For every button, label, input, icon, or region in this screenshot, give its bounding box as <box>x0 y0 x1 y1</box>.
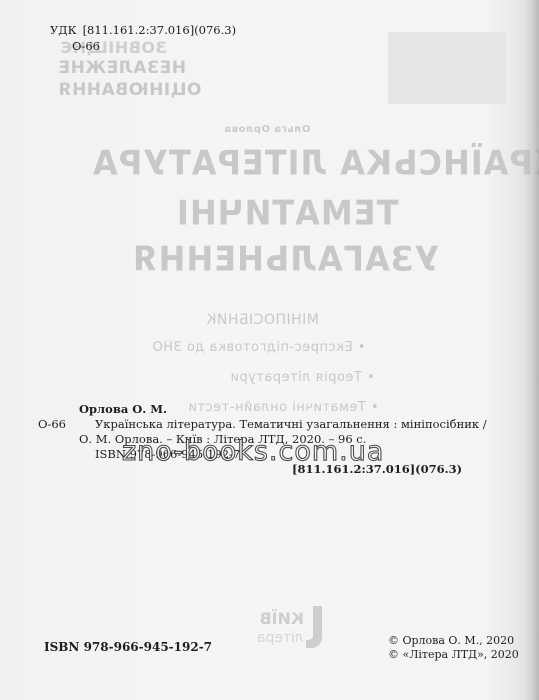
udc-label: УДК <box>50 23 77 37</box>
copyright-author: © Орлова О. М., 2020 <box>388 634 519 648</box>
ghost-title-line-1: УКРАЇНСЬКА ЛІТЕРАТУРА <box>92 143 539 183</box>
catalog-author: Орлова О. М. <box>79 402 167 417</box>
catalog-index: О-66 <box>38 417 66 432</box>
stamp-shadow <box>388 32 506 104</box>
ghost-zno-line-3: ОЦІНЮВАННЯ <box>58 80 201 100</box>
ghost-subtitle: МІНІПОСІБНИК <box>206 312 319 328</box>
ghost-title-line-2: ТЕМАТИЧНІ <box>176 193 398 233</box>
ghost-title-line-3: УЗАГАЛЬНЕННЯ <box>132 239 439 279</box>
svg-text:літера: літера <box>257 630 304 646</box>
isbn-footer: ISBN 978-966-945-192-7 <box>44 640 212 654</box>
ghost-bullet-1: • Експрес-підготовка до ЗНО <box>152 340 366 355</box>
udc-author-mark: О-66 <box>50 38 236 54</box>
svg-text:КИЇВ: КИЇВ <box>259 609 304 628</box>
udc-code: [811.161.2:37.016](076.3) <box>83 23 237 37</box>
catalog-title-line: Українська література. Тематичні узагаль… <box>95 417 487 432</box>
book-page: ЗОВНІЩНЄ НЕЗАЛЕЖНЕ ОЦІНЮВАННЯ Ольга Орло… <box>0 0 539 700</box>
site-watermark: zno-books.com.ua <box>122 436 384 467</box>
ghost-bullet-3: • Тематичні онлайн-тести <box>188 400 379 415</box>
page-edge-shadow <box>525 0 539 700</box>
copyright-block: © Орлова О. М., 2020 © «Літера ЛТД», 202… <box>388 634 519 662</box>
udc-header: УДК[811.161.2:37.016](076.3) О-66 <box>50 22 236 54</box>
ghost-author: Ольга Орлова <box>224 124 311 135</box>
publisher-logo-icon: КИЇВ літера <box>226 604 326 650</box>
ghost-bullet-2: • Теорія літератури <box>230 370 375 385</box>
copyright-publisher: © «Літера ЛТД», 2020 <box>388 648 519 662</box>
ghost-zno-line-2: НЕЗАЛЕЖНЕ <box>58 58 186 78</box>
